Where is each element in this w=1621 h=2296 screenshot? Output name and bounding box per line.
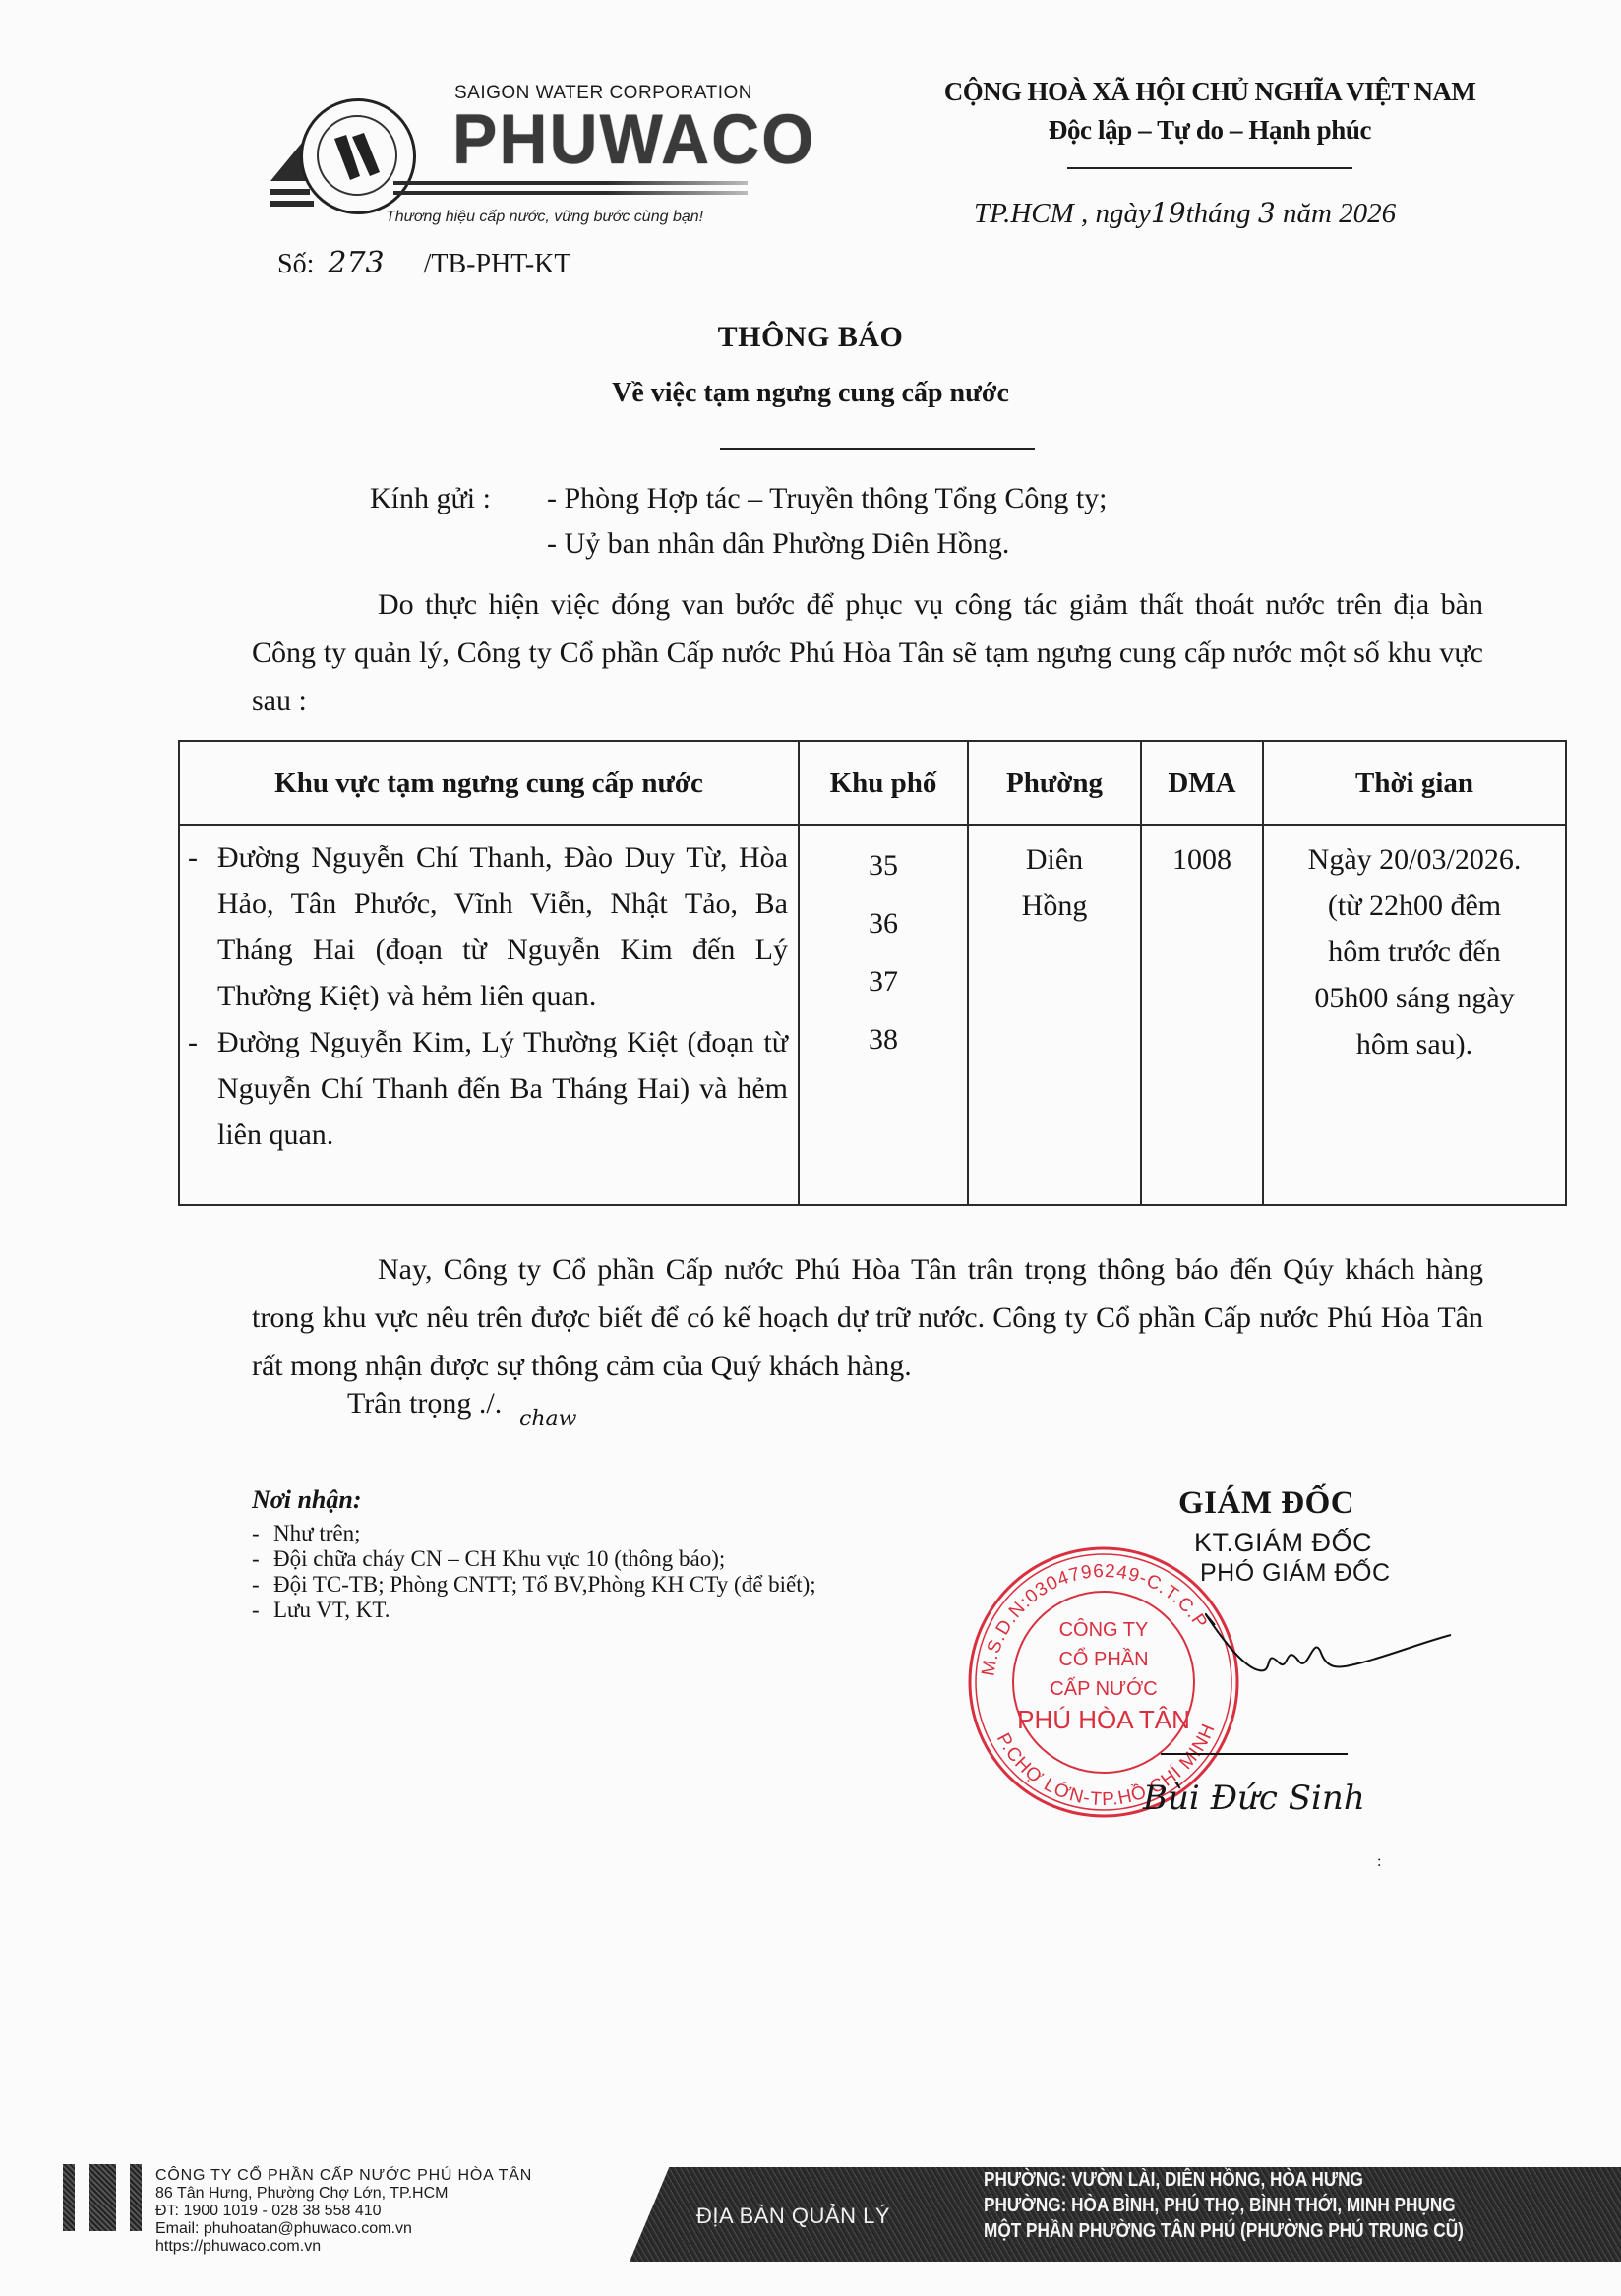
brand-name: PHUWACO [452, 102, 815, 177]
footer-address: 86 Tân Hưng, Phường Chợ Lớn, TP.HCM [155, 2185, 532, 2203]
recipients-label: Kính gửi : [370, 476, 491, 521]
brand-slogan: Thương hiệu cấp nước, vững bước cùng bạn… [386, 209, 703, 226]
reference-label: Số: [277, 249, 314, 279]
signatory-position: PHÓ GIÁM ĐỐC [1200, 1559, 1391, 1588]
phuong-cell: Diên Hồng [968, 825, 1141, 1205]
footer-phone: ĐT: 1900 1019 - 028 38 558 410 [155, 2203, 532, 2220]
signatory-on-behalf: KT.GIÁM ĐỐC [1194, 1528, 1372, 1558]
khu-pho-cell: 35 36 37 38 [799, 825, 968, 1205]
recipient-item: - Phòng Hợp tác – Truyền thông Tổng Công… [547, 476, 1108, 521]
time-cell: Ngày 20/03/2026. (từ 22h00 đêm hôm trước… [1263, 825, 1566, 1205]
header-time: Thời gian [1263, 741, 1566, 825]
table-header-row: Khu vực tạm ngưng cung cấp nước Khu phố … [179, 741, 1566, 825]
brand-stripes [393, 181, 748, 201]
footer-company-name: CÔNG TY CỔ PHẦN CẤP NƯỚC PHÚ HÒA TÂN [155, 2167, 532, 2185]
header-khu-pho: Khu phố [799, 741, 968, 825]
reference-suffix: /TB-PHT-KT [424, 249, 571, 279]
distribution-item: -Đội chữa cháy CN – CH Khu vực 10 (thông… [252, 1546, 816, 1572]
header-dma: DMA [1141, 741, 1263, 825]
national-motto-line1: CỘNG HOÀ XÃ HỘI CHỦ NGHĨA VIỆT NAM [905, 77, 1515, 107]
reference-handwritten-number: 273 [328, 246, 384, 280]
table-row: -Đường Nguyễn Chí Thanh, Đào Duy Từ, Hòa… [179, 825, 1566, 1205]
footer-bars-icon [63, 2164, 142, 2231]
document-title: THÔNG BÁO [0, 321, 1621, 354]
signatory-title: GIÁM ĐỐC [1178, 1485, 1354, 1522]
date-month: 3 [1258, 197, 1276, 229]
footer-service-areas: PHƯỜNG: VƯỜN LÀI, DIÊN HỒNG, HÒA HƯNG PH… [984, 2167, 1464, 2244]
logo-w-icon [330, 129, 386, 184]
closing-paragraph: Nay, Công ty Cổ phần Cấp nước Phú Hòa Tâ… [252, 1245, 1483, 1390]
title-divider [720, 448, 1035, 450]
regards: Trân trọng ./. [347, 1387, 502, 1420]
intro-paragraph: Do thực hiện việc đóng van bước để phục … [252, 580, 1483, 725]
footer-website: https://phuwaco.com.vn [155, 2238, 532, 2256]
area-item: -Đường Nguyễn Chí Thanh, Đào Duy Từ, Hòa… [188, 834, 788, 1019]
handwritten-signature-icon [1205, 1613, 1461, 1692]
document-subject: Về việc tạm ngưng cung cấp nước [0, 378, 1621, 409]
suspension-table: Khu vực tạm ngưng cung cấp nước Khu phố … [178, 740, 1567, 1206]
date-day: 19 [1151, 197, 1186, 229]
dma-cell: 1008 [1141, 825, 1263, 1205]
distribution-list: Nơi nhận: -Như trên; -Đội chữa cháy CN –… [252, 1487, 816, 1623]
signatory-name: Bùi Đức Sinh [1143, 1779, 1365, 1818]
national-header: CỘNG HOÀ XÃ HỘI CHỦ NGHĨA VIỆT NAM Độc l… [905, 77, 1515, 169]
signature-underline [1161, 1749, 1348, 1759]
stray-mark: : [1377, 1853, 1381, 1871]
svg-text:PHÚ HÒA TÂN: PHÚ HÒA TÂN [1017, 1705, 1190, 1734]
distribution-heading: Nơi nhận: [252, 1487, 816, 1513]
svg-text:CỔ PHẦN: CỔ PHẦN [1058, 1647, 1148, 1670]
header-area: Khu vực tạm ngưng cung cấp nước [179, 741, 799, 825]
svg-text:CẤP NƯỚC: CẤP NƯỚC [1050, 1677, 1157, 1700]
national-motto-line2: Độc lập – Tự do – Hạnh phúc [905, 115, 1515, 146]
reference-number: Số:273/TB-PHT-KT [277, 246, 570, 280]
handwritten-initials: chaw [519, 1407, 576, 1431]
area-cell: -Đường Nguyễn Chí Thanh, Đào Duy Từ, Hòa… [179, 825, 799, 1205]
footer-email: Email: phuhoatan@phuwaco.com.vn [155, 2220, 532, 2238]
header-divider [1067, 167, 1352, 169]
footer-company-info: CÔNG TY CỔ PHẦN CẤP NƯỚC PHÚ HÒA TÂN 86 … [155, 2167, 532, 2256]
recipients-list: - Phòng Hợp tác – Truyền thông Tổng Công… [547, 476, 1108, 567]
recipient-item: - Uỷ ban nhân dân Phường Diên Hồng. [547, 521, 1108, 567]
distribution-item: -Như trên; [252, 1521, 816, 1546]
distribution-item: -Lưu VT, KT. [252, 1598, 816, 1623]
footer-band-label: ĐỊA BÀN QUẢN LÝ [696, 2204, 890, 2229]
issue-date: TP.HCM , ngày19tháng 3 năm 2026 [974, 197, 1396, 230]
distribution-item: -Đội TC-TB; Phòng CNTT; Tổ BV,Phòng KH C… [252, 1572, 816, 1598]
svg-text:CÔNG TY: CÔNG TY [1059, 1618, 1149, 1641]
header-phuong: Phường [968, 741, 1141, 825]
area-item: -Đường Nguyễn Kim, Lý Thường Kiệt (đoạn … [188, 1019, 788, 1158]
